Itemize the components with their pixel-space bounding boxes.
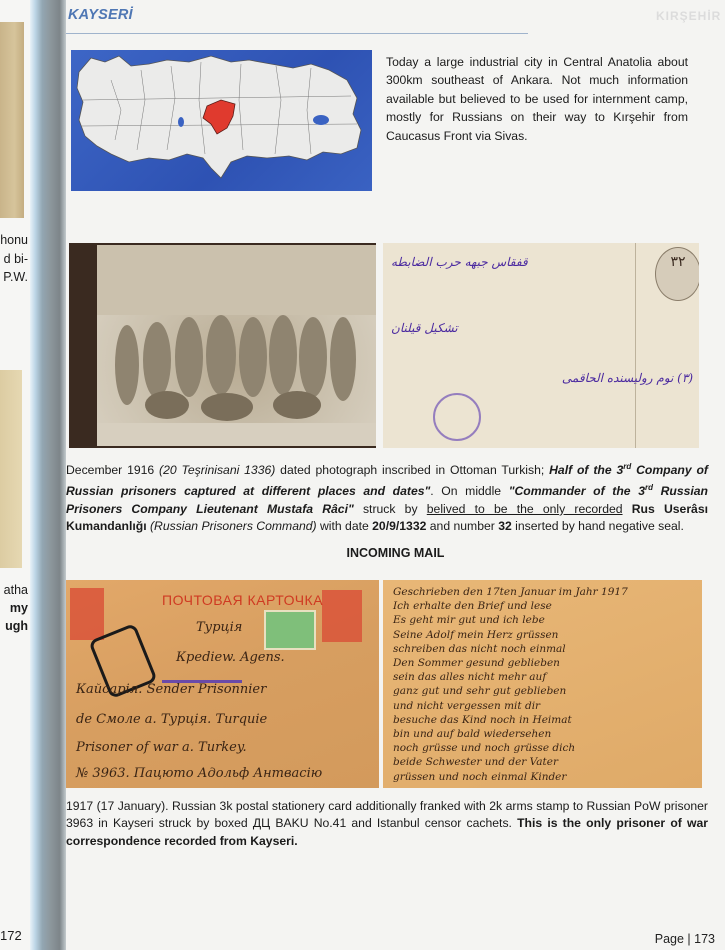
caption-text-bold-italic: "Commander of the 3 (509, 485, 645, 499)
show-through-title: KIRŞEHİR (656, 9, 721, 23)
card-title: ПОЧТОВАЯ КАРТОЧКА (162, 592, 323, 608)
negative-seal-stamp: ٣٢ (655, 247, 699, 301)
commander-signature-seal (433, 393, 481, 441)
card-address-line: Креdiew. Agens. (176, 650, 285, 665)
arms-stamp-2k (264, 610, 316, 650)
ottoman-inscription-line: قفقاس جبهه حرب الضابطه (391, 255, 541, 269)
letter-line: Den Sommer gesund geblieben (393, 657, 560, 669)
imprinted-arms-indicia-left (70, 588, 104, 640)
caption-superscript: rd (645, 483, 653, 492)
caption-text: dated photograph inscribed in Ottoman Tu… (275, 463, 549, 477)
left-page-image-top (0, 22, 24, 218)
caption-text: December 1916 (66, 463, 159, 477)
letter-line: schreiben das nicht noch einmal (393, 643, 566, 655)
left-page-text-line: ugh (5, 617, 28, 636)
caption-text-underlined: belived to be the only recorded (427, 502, 623, 516)
postcard-divider (635, 243, 636, 448)
card-address-line: № 3963. Пацюто Адольф Антвасію (76, 766, 322, 781)
postcard-reverse-ottoman: ٣٢ قفقاس جبهه حرب الضابطه تشکیل قیلنان (… (383, 243, 699, 448)
letter-line: beide Schwester und der Vater (393, 756, 558, 768)
left-page-text-line: my (10, 599, 28, 618)
card-address-line: Prisoner of war a. Turkey. (76, 740, 247, 755)
letter-line: besuche das Kind noch in Heimat (393, 714, 572, 726)
caption-text: inserted by hand negative seal. (512, 519, 684, 533)
letter-line: noch grüsse und noch grüsse dich (393, 742, 575, 754)
letter-line: grüssen und noch einmal Kinder (393, 771, 566, 783)
russian-postal-card-front: ПОЧТОВАЯ КАРТОЧКА Турція Креdiew. Agens.… (66, 580, 379, 788)
photograph-image (97, 245, 376, 446)
letter-line: Ich erhalte den Brief und lese (393, 600, 552, 612)
right-page: KAYSERİ KIRŞEHİR Today a large industria… (66, 0, 725, 950)
left-page-text-line: atha (4, 581, 28, 600)
title-divider (66, 33, 528, 34)
postal-card-letter-reverse: Geschrieben den 17ten Januar im Jahr 191… (383, 580, 702, 788)
letter-line: und nicht vergessen mit dir (393, 700, 540, 712)
letter-line: Geschrieben den 17ten Januar im Jahr 191… (393, 586, 628, 598)
page-number: Page | 173 (655, 932, 715, 946)
caption-text-bold: 32 (498, 519, 512, 533)
card-address-line: de Смоле а. Турція. Turquie (76, 712, 267, 727)
section-title: KAYSERİ (68, 7, 133, 23)
caption-text: struck by (354, 502, 427, 516)
caption-text: with date (317, 519, 373, 533)
letter-line: ganz gut und sehr gut geblieben (393, 685, 566, 697)
caption-text-bold: 20/9/1332 (372, 519, 426, 533)
caption-space (623, 502, 632, 516)
intro-paragraph: Today a large industrial city in Central… (386, 53, 688, 145)
caption-text-italic: (Russian Prisoners Command) (150, 519, 317, 533)
prisoners-photograph (69, 243, 376, 448)
caption-text-italic: (20 Teşrinisani 1336) (159, 463, 275, 477)
incoming-mail-caption: 1917 (17 January). Russian 3k postal sta… (66, 798, 708, 850)
letter-line: Seine Adolf mein Herz grüssen (393, 629, 558, 641)
caption-text: and number (426, 519, 498, 533)
card-address-line: Турція (196, 620, 242, 635)
left-page-text-line: honu (0, 231, 28, 250)
letter-line: bin und auf bald wiedersehen (393, 728, 551, 740)
card-address-line: Кайсарія. Sender Prisonnier (76, 682, 266, 697)
imprinted-stamp-3k (322, 590, 362, 642)
letter-line: sein das alles nicht mehr auf (393, 671, 546, 683)
incoming-mail-heading: INCOMING MAIL (66, 546, 725, 560)
caption-text-bold-italic: Half of the 3 (549, 463, 623, 477)
caption-text: . On middle (430, 485, 508, 499)
turkey-map-graphic (71, 50, 372, 191)
left-page-text-line: d bi- (4, 250, 28, 269)
book-gutter (30, 0, 68, 950)
ottoman-inscription-line: (٣) نوم رولیسنده الحاقمی (533, 371, 693, 385)
left-page-number: 172 (0, 928, 22, 943)
photograph-caption: December 1916 (20 Teşrinisani 1336) date… (66, 458, 708, 536)
ottoman-inscription-line: تشکیل قیلنان (391, 321, 561, 335)
left-page-image-middle (0, 370, 22, 568)
turkey-map (71, 50, 372, 191)
letter-line: Es geht mir gut und ich lebe (393, 614, 545, 626)
left-page-text-line: P.W. (3, 268, 28, 287)
